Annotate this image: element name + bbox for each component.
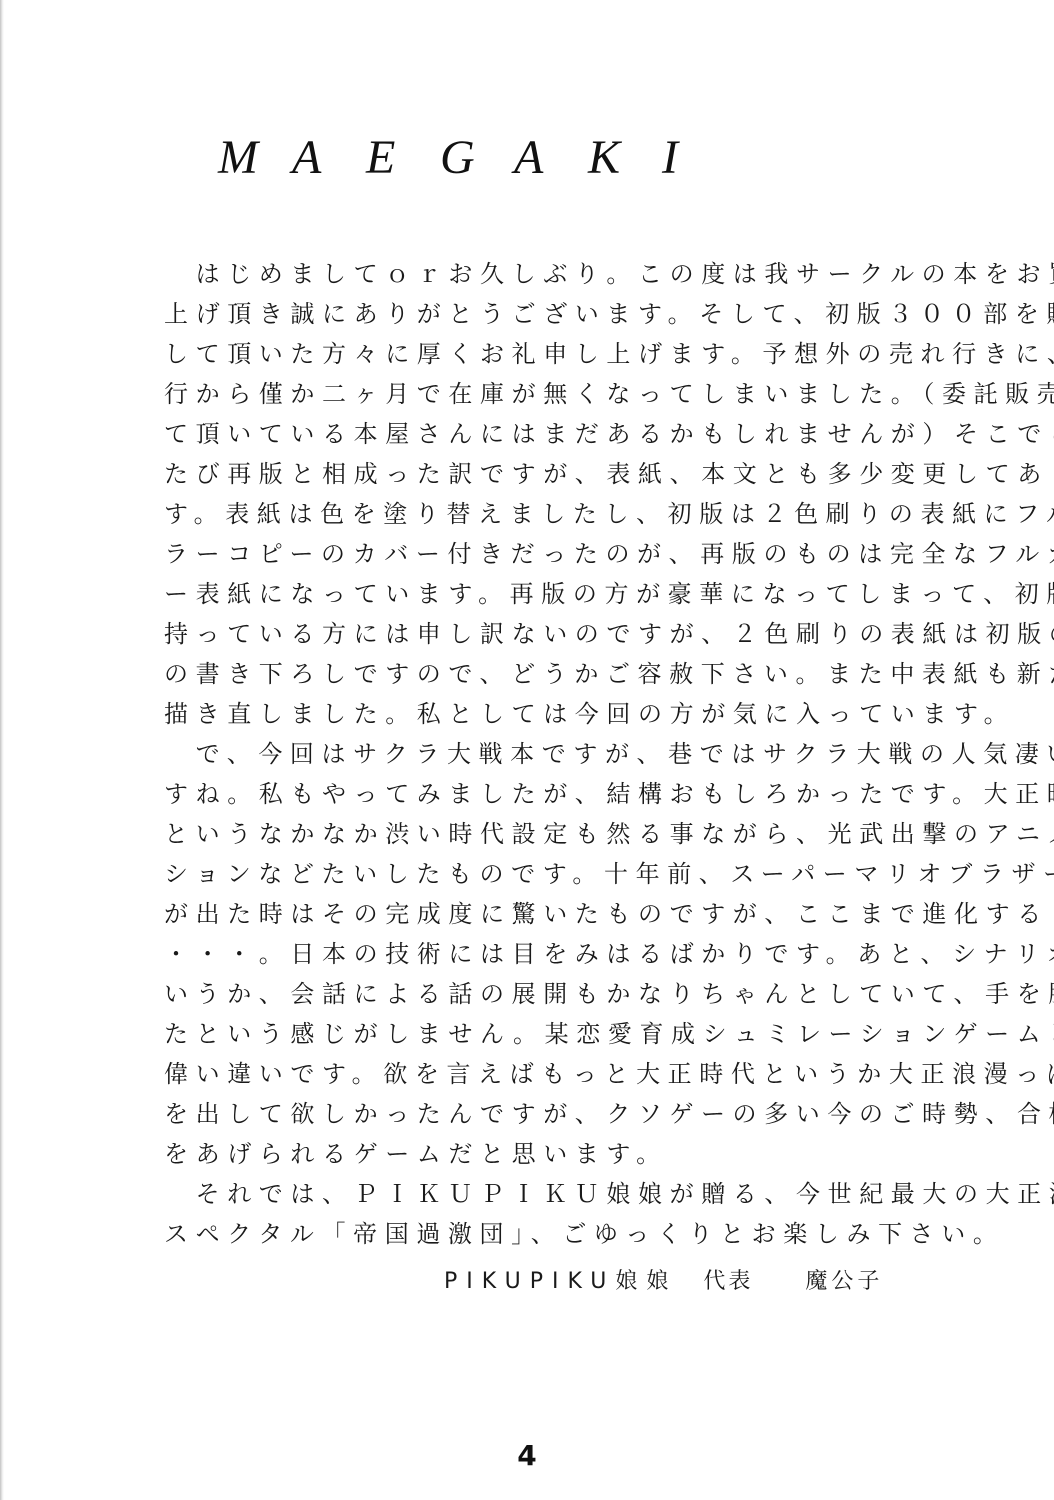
body-line: 偉い違いです。欲を言えばもっと大正時代というか大正浪漫っぽさ <box>164 1054 944 1094</box>
signature: PIKUPIKU娘娘代表魔公子 <box>444 1267 883 1297</box>
title-letter: M <box>218 128 292 188</box>
body-line: を出して欲しかったんですが、クソゲーの多い今のご時勢、合格点 <box>164 1094 944 1134</box>
body-line: すね。私もやってみましたが、結構おもしろかったです。大正時代 <box>164 774 944 814</box>
body-line: をあげられるゲームだと思います。 <box>164 1134 944 1174</box>
body-line: いうか、会話による話の展開もかなりちゃんとしていて、手を脱い <box>164 974 944 1014</box>
title-letter: E <box>366 128 440 188</box>
body-line: て頂いている本屋さんにはまだあるかもしれませんが）そこでこの <box>164 414 944 454</box>
page-number: 4 <box>0 1440 1054 1472</box>
body-line: す。表紙は色を塗り替えましたし、初版は２色刷りの表紙にフルカ <box>164 494 944 534</box>
title-letter: A <box>292 128 366 188</box>
page-title: M A E G A K I <box>218 128 918 188</box>
preface-body: はじめましてｏｒお久しぶり。この度は我サークルの本をお買い 上げ頂き誠にありがと… <box>164 254 944 1254</box>
circle-name: PIKUPIKU娘娘 <box>444 1269 677 1294</box>
body-line: 行から僅か二ヶ月で在庫が無くなってしまいました。（委託販売し <box>164 374 944 414</box>
body-line: ションなどたいしたものです。十年前、スーパーマリオブラザーズ <box>164 854 944 894</box>
body-line: というなかなか渋い時代設定も然る事ながら、光武出撃のアニメー <box>164 814 944 854</box>
body-line: が出た時はその完成度に驚いたものですが、ここまで進化するとは <box>164 894 944 934</box>
body-line: で、今回はサクラ大戦本ですが、巷ではサクラ大戦の人気凄いで <box>164 734 944 774</box>
body-line: 持っている方には申し訳ないのですが、２色刷りの表紙は初版のみ <box>164 614 944 654</box>
body-line: スペクタル「帝国過激団」、ごゆっくりとお楽しみ下さい。 <box>164 1214 944 1254</box>
body-line: たび再版と相成った訳ですが、表紙、本文とも多少変更してありま <box>164 454 944 494</box>
body-line: はじめましてｏｒお久しぶり。この度は我サークルの本をお買い <box>164 254 944 294</box>
body-line: ・・・。日本の技術には目をみはるばかりです。あと、シナリオと <box>164 934 944 974</box>
author-role: 代表 <box>703 1269 753 1294</box>
body-line: して頂いた方々に厚くお礼申し上げます。予想外の売れ行きに、発 <box>164 334 944 374</box>
title-letter: G <box>440 128 514 188</box>
title-letter: K <box>588 128 662 188</box>
body-line: ラーコピーのカバー付きだったのが、再版のものは完全なフルカラ <box>164 534 944 574</box>
body-line: 上げ頂き誠にありがとうございます。そして、初版３００部を購入 <box>164 294 944 334</box>
body-line: たという感じがしません。某恋愛育成シュミレーションゲームとは <box>164 1014 944 1054</box>
title-letter: I <box>662 128 736 188</box>
body-line: 描き直しました。私としては今回の方が気に入っています。 <box>164 694 944 734</box>
body-line: ー表紙になっています。再版の方が豪華になってしまって、初版を <box>164 574 944 614</box>
page-binding-edge <box>0 0 4 1500</box>
body-line: それでは、ＰＩＫＵＰＩＫＵ娘娘が贈る、今世紀最大の大正浪漫 <box>164 1174 944 1214</box>
title-letter: A <box>514 128 588 188</box>
body-line: の書き下ろしですので、どうかご容赦下さい。また中表紙も新たに <box>164 654 944 694</box>
author-name: 魔公子 <box>805 1269 883 1294</box>
